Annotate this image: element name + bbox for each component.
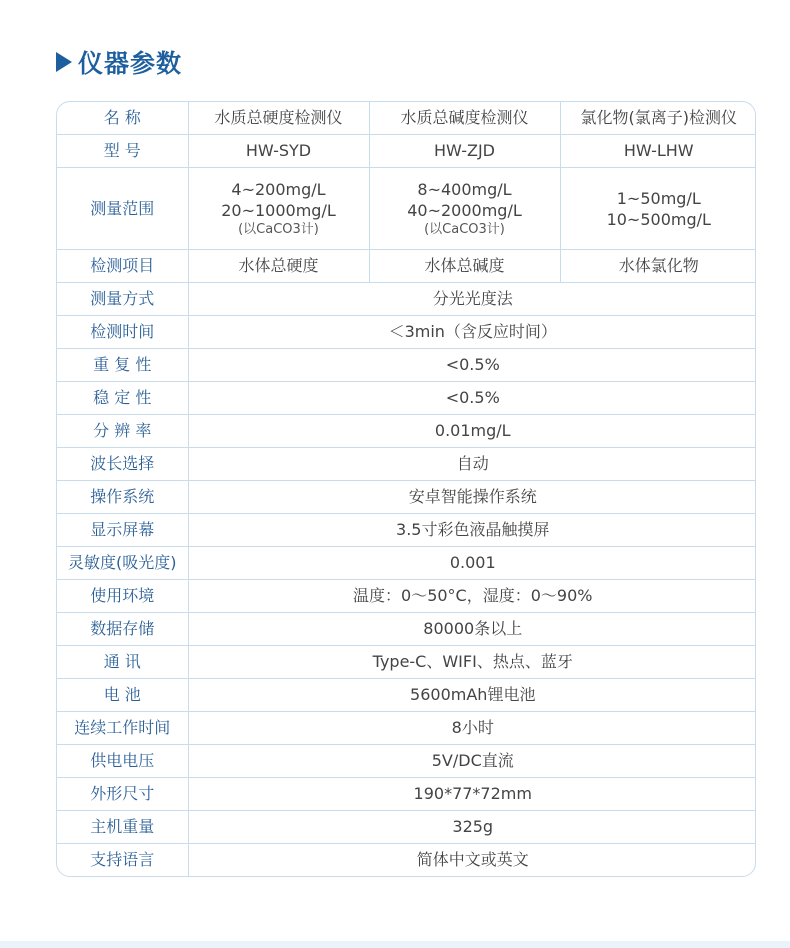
row-label: 数据存储: [57, 613, 188, 646]
row-label: 分 辨 率: [57, 415, 188, 448]
row-value: <0.5%: [188, 382, 756, 415]
item-1: 水体总硬度: [188, 250, 369, 283]
table-row: 通 讯Type-C、WIFI、热点、蓝牙: [57, 646, 756, 679]
table-row: 外形尺寸190*77*72mm: [57, 778, 756, 811]
row-label: 供电电压: [57, 745, 188, 778]
row-value: 分光光度法: [188, 283, 756, 316]
row-label: 电 池: [57, 679, 188, 712]
range-line: 8~400mg/L: [370, 179, 560, 200]
table-row-item: 检测项目 水体总硬度 水体总碱度 水体氯化物: [57, 250, 756, 283]
range-line: 20~1000mg/L: [189, 200, 369, 221]
table-row: 稳 定 性<0.5%: [57, 382, 756, 415]
row-label: 操作系统: [57, 481, 188, 514]
row-value: 0.001: [188, 547, 756, 580]
section-title: 仪器参数: [56, 44, 182, 80]
product-name-2: 水质总碱度检测仪: [369, 102, 560, 135]
table-row: 供电电压5V/DC直流: [57, 745, 756, 778]
table-row: 电 池5600mAh锂电池: [57, 679, 756, 712]
range-2: 8~400mg/L 40~2000mg/L (以CaCO3计): [369, 168, 560, 250]
model-1: HW-SYD: [188, 135, 369, 168]
row-value: 安卓智能操作系统: [188, 481, 756, 514]
table-row: 数据存储80000条以上: [57, 613, 756, 646]
row-label: 主机重量: [57, 811, 188, 844]
table-row: 检测时间＜3min（含反应时间）: [57, 316, 756, 349]
table-row: 主机重量325g: [57, 811, 756, 844]
row-label: 型 号: [57, 135, 188, 168]
row-value: 8小时: [188, 712, 756, 745]
row-value: Type-C、WIFI、热点、蓝牙: [188, 646, 756, 679]
row-label: 外形尺寸: [57, 778, 188, 811]
row-label: 检测项目: [57, 250, 188, 283]
product-name-1: 水质总硬度检测仪: [188, 102, 369, 135]
table-row-name: 名 称 水质总硬度检测仪 水质总碱度检测仪 氯化物(氯离子)检测仪: [57, 102, 756, 135]
row-label: 测量范围: [57, 168, 188, 250]
row-value: 325g: [188, 811, 756, 844]
row-label: 灵敏度(吸光度): [57, 547, 188, 580]
table-row: 操作系统安卓智能操作系统: [57, 481, 756, 514]
table-row: 使用环境温度：0～50°C，湿度：0～90%: [57, 580, 756, 613]
row-label: 使用环境: [57, 580, 188, 613]
row-value: 简体中文或英文: [188, 844, 756, 877]
row-value: 5V/DC直流: [188, 745, 756, 778]
table-row-range: 测量范围 4~200mg/L 20~1000mg/L (以CaCO3计) 8~4…: [57, 168, 756, 250]
table-row: 连续工作时间8小时: [57, 712, 756, 745]
triangle-right-icon: [56, 52, 72, 72]
row-value: 80000条以上: [188, 613, 756, 646]
table-row: 波长选择自动: [57, 448, 756, 481]
model-3: HW-LHW: [560, 135, 756, 168]
model-2: HW-ZJD: [369, 135, 560, 168]
row-value: <0.5%: [188, 349, 756, 382]
range-3: 1~50mg/L 10~500mg/L: [560, 168, 756, 250]
row-value: 自动: [188, 448, 756, 481]
row-label: 检测时间: [57, 316, 188, 349]
range-line: 40~2000mg/L: [370, 200, 560, 221]
section-title-text: 仪器参数: [78, 44, 182, 80]
table-row: 分 辨 率0.01mg/L: [57, 415, 756, 448]
range-line: 10~500mg/L: [561, 209, 757, 230]
row-label: 显示屏幕: [57, 514, 188, 547]
table-row: 重 复 性<0.5%: [57, 349, 756, 382]
range-note: (以CaCO3计): [370, 221, 560, 239]
table-row: 灵敏度(吸光度)0.001: [57, 547, 756, 580]
item-2: 水体总碱度: [369, 250, 560, 283]
product-name-3: 氯化物(氯离子)检测仪: [560, 102, 756, 135]
range-1: 4~200mg/L 20~1000mg/L (以CaCO3计): [188, 168, 369, 250]
spec-table: 名 称 水质总硬度检测仪 水质总碱度检测仪 氯化物(氯离子)检测仪 型 号 HW…: [56, 101, 756, 877]
item-3: 水体氯化物: [560, 250, 756, 283]
range-line: 4~200mg/L: [189, 179, 369, 200]
row-label: 波长选择: [57, 448, 188, 481]
bottom-divider: [0, 941, 790, 948]
row-value: 0.01mg/L: [188, 415, 756, 448]
row-label: 名 称: [57, 102, 188, 135]
table-row: 显示屏幕3.5寸彩色液晶触摸屏: [57, 514, 756, 547]
row-value: 3.5寸彩色液晶触摸屏: [188, 514, 756, 547]
row-value: 190*77*72mm: [188, 778, 756, 811]
range-line: 1~50mg/L: [561, 188, 757, 209]
row-label: 连续工作时间: [57, 712, 188, 745]
range-note: (以CaCO3计): [189, 221, 369, 239]
row-value: 5600mAh锂电池: [188, 679, 756, 712]
table-row: 测量方式分光光度法: [57, 283, 756, 316]
row-value: ＜3min（含反应时间）: [188, 316, 756, 349]
row-label: 重 复 性: [57, 349, 188, 382]
row-value: 温度：0～50°C，湿度：0～90%: [188, 580, 756, 613]
row-label: 支持语言: [57, 844, 188, 877]
row-label: 稳 定 性: [57, 382, 188, 415]
row-label: 测量方式: [57, 283, 188, 316]
table-row-model: 型 号 HW-SYD HW-ZJD HW-LHW: [57, 135, 756, 168]
row-label: 通 讯: [57, 646, 188, 679]
table-row: 支持语言简体中文或英文: [57, 844, 756, 877]
